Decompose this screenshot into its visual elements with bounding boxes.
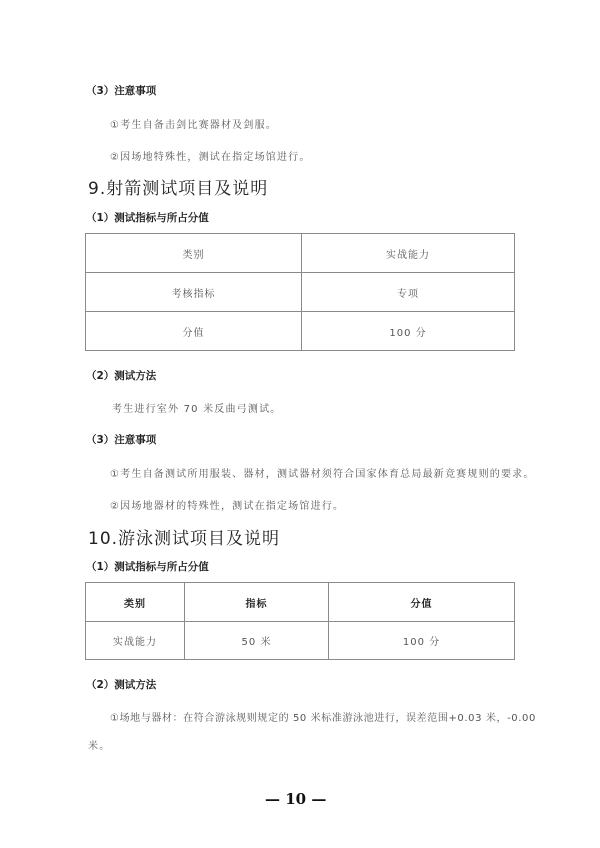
- table-cell: 类别: [86, 234, 302, 273]
- table-cell: 实战能力: [86, 622, 185, 660]
- table-cell: 分值: [86, 312, 302, 351]
- subheading-method: （2）测试方法: [86, 368, 156, 383]
- subheading-method: （2）测试方法: [86, 677, 156, 692]
- table-header-cell: 类别: [86, 583, 185, 622]
- method-text-continued: 米。: [88, 737, 110, 752]
- subheading-scoring: （1）测试指标与所占分值: [86, 559, 209, 574]
- notes-heading-fencing: （3）注意事项: [86, 83, 156, 98]
- note-item: ①考生自备测试所用服装、器材，测试器材须符合国家体育总局最新竞赛规则的要求。: [110, 465, 535, 480]
- subheading-notes: （3）注意事项: [86, 432, 156, 447]
- note-item: ②因场地特殊性，测试在指定场馆进行。: [110, 148, 311, 163]
- method-text: 考生进行室外 70 米反曲弓测试。: [112, 400, 281, 415]
- note-item: ②因场地器材的特殊性，测试在指定场馆进行。: [110, 497, 344, 512]
- note-item: ①考生自备击剑比赛器材及剑服。: [110, 116, 277, 131]
- table-cell: 100 分: [302, 312, 515, 351]
- table-header-cell: 分值: [329, 583, 515, 622]
- table-cell: 专项: [302, 273, 515, 312]
- section-title-archery: 9.射箭测试项目及说明: [88, 174, 268, 199]
- section-title-swimming: 10.游泳测试项目及说明: [88, 524, 280, 549]
- subheading-scoring: （1）测试指标与所占分值: [86, 210, 209, 225]
- swimming-score-table: 类别 指标 分值 实战能力 50 米 100 分: [85, 582, 515, 660]
- method-text: ①场地与器材：在符合游泳规则规定的 50 米标准游泳池进行，误差范围+0.03 …: [110, 709, 536, 724]
- page-number: — 10 —: [265, 790, 326, 808]
- table-cell: 50 米: [185, 622, 329, 660]
- table-cell: 100 分: [329, 622, 515, 660]
- table-cell: 实战能力: [302, 234, 515, 273]
- table-header-cell: 指标: [185, 583, 329, 622]
- table-cell: 考核指标: [86, 273, 302, 312]
- archery-score-table: 类别 实战能力 考核指标 专项 分值 100 分: [85, 233, 515, 351]
